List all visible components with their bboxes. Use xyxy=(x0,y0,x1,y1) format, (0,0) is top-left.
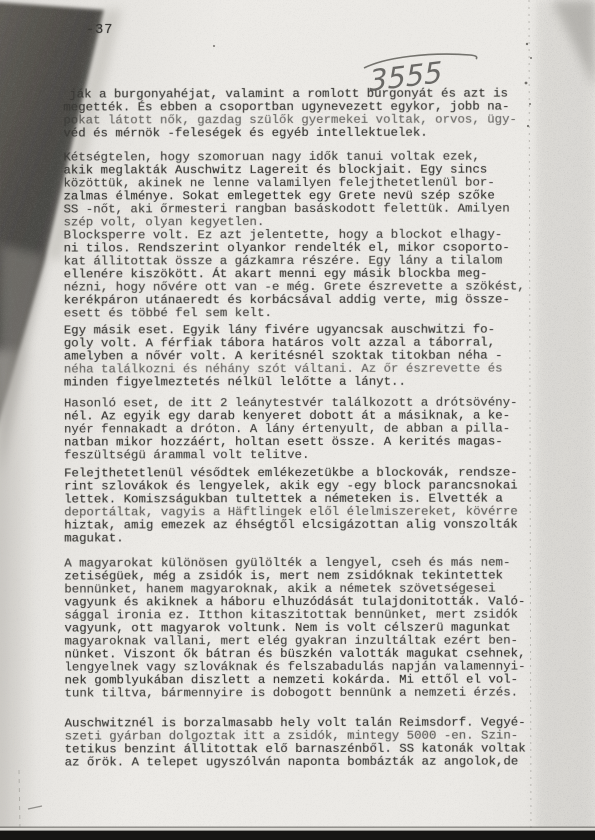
paragraph: Hasonló eset, de itt 2 leánytestvér talá… xyxy=(64,396,544,462)
text-line: tunk tiltva, bármennyire is dobogott ben… xyxy=(65,686,545,700)
paragraph: A magyarokat különösen gyülölték a lengy… xyxy=(64,556,544,700)
paragraph: Felejthetetlenül vésődtek emlékezetükbe … xyxy=(64,466,544,545)
text-line: szeti gyárban dolgoztak itt a zsidók, mi… xyxy=(65,729,545,743)
scanned-page: { "page": { "number_label": "-37", "hand… xyxy=(0,0,595,840)
text-line: közöttük, akinek ne lenne valamilyen fel… xyxy=(63,176,543,190)
text-line: magukat. xyxy=(64,531,544,545)
text-line: néha találkozni és néhány szót váltani. … xyxy=(64,362,544,376)
text-line: véd és mérnök -feleségek és egyéb intell… xyxy=(63,126,543,140)
text-line: az őrök. A telepet ugyszólván naponta bo… xyxy=(65,755,545,769)
pencil-dash xyxy=(28,806,42,809)
paragraph: Egy másik eset. Egyik lány fivére ugyanc… xyxy=(64,323,544,389)
text-line: Kétségtelen, hogy szomoruan nagy idők ta… xyxy=(63,150,543,164)
right-edge-band xyxy=(536,0,595,840)
bottom-scan-bar xyxy=(0,831,595,840)
paragraph: Auschwitznél is borzalmasabb hely volt t… xyxy=(65,716,545,769)
text-line: deportáltak, vagyis a Häftlingek elől él… xyxy=(64,505,544,519)
text-line: Hasonló eset, de itt 2 leánytestvér talá… xyxy=(64,396,544,410)
text-line: nyér fennakadt a dróton. A lány értenyul… xyxy=(64,422,544,436)
text-line: A magyarokat különösen gyülölték a lengy… xyxy=(64,556,544,570)
left-edge-shade xyxy=(0,350,38,840)
crease-line xyxy=(19,770,20,829)
text-line: nézni, hogy nővére ott van -e még. Grete… xyxy=(64,280,544,294)
text-line: minden figyelmeztetés nélkül lelőtte a l… xyxy=(64,375,544,389)
text-line: bennünket, hanem magyaroknak, akik a ném… xyxy=(64,582,544,596)
text-line: sággal ironia ez. Itthon kitaszitottak b… xyxy=(64,608,544,622)
text-line: esett és többé fel sem kelt. xyxy=(64,306,544,320)
text-line: pokat látott nők, gazdag szülők gyermeke… xyxy=(63,113,543,127)
text-line: magyaroknak vallani, mert elég gyakran i… xyxy=(64,634,544,648)
page-number: -37 xyxy=(86,23,113,38)
typewritten-text: ják a burgonyahéjat, valamint a romlott … xyxy=(63,87,544,778)
corner-shade xyxy=(552,0,595,88)
text-line: hiztak, amig emezek az éhségtől elcsigáz… xyxy=(64,518,544,532)
paragraph: Kétségtelen, hogy szomoruan nagy idők ta… xyxy=(63,150,543,320)
fold-tail xyxy=(0,244,46,478)
text-line: Blocksperre volt. Ez azt jelentette, hog… xyxy=(64,228,544,242)
text-line: lengyelnek vagy szlováknak és felszabadu… xyxy=(64,660,544,674)
text-line: kat állitottak össze a gázkamra részére.… xyxy=(64,254,544,268)
text-line: feszültségü árammal volt telitve. xyxy=(64,448,544,462)
bottom-divider-line xyxy=(0,827,595,828)
paragraph: ják a burgonyahéjat, valamint a romlott … xyxy=(63,87,543,140)
